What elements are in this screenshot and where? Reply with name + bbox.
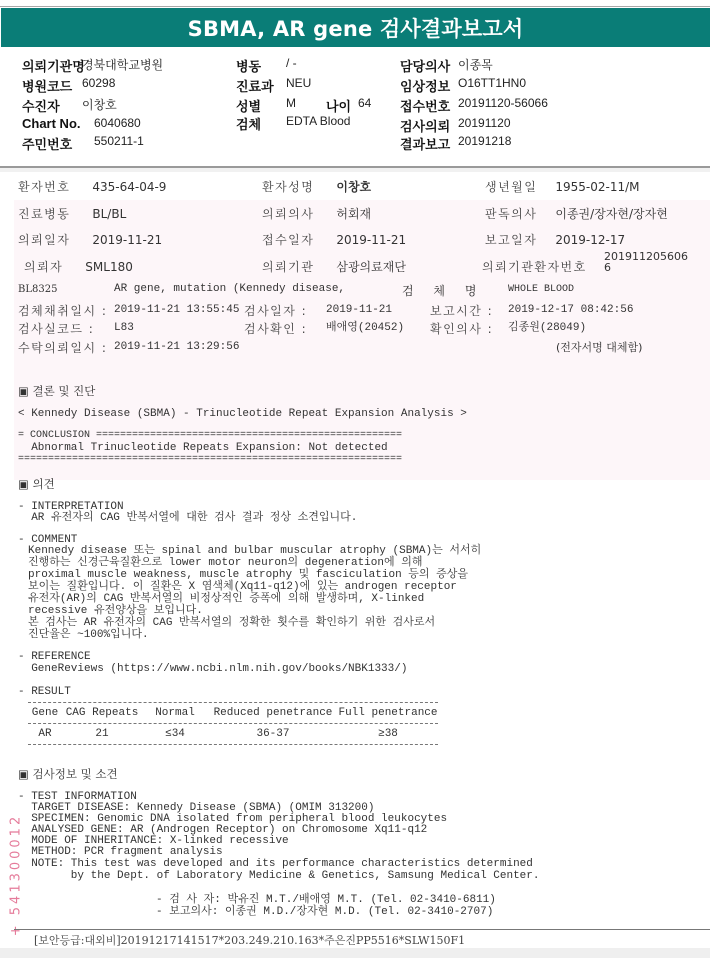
test-date-label: 검사일자 : <box>244 302 307 319</box>
patient-name: 환자성명이창호 <box>262 178 371 195</box>
report-date: 보고일자2019-12-17 <box>485 231 625 248</box>
institution-patient-no-value: 2019112056066 <box>604 251 688 273</box>
reference-text: GeneReviews (https://www.ncbi.nlm.nih.go… <box>18 663 407 675</box>
report-time-label: 보고시간 : <box>430 302 493 319</box>
bottom-gray-band <box>0 948 710 958</box>
confirm-value: 배애영(20452) <box>326 322 404 334</box>
title-bar: SBMA, AR gene 검사결과보고서 <box>1 8 710 47</box>
test-name: AR gene, mutation (Kennedy disease, <box>114 283 345 295</box>
comment-line-8: 진단율은 ~100%입니다. <box>28 629 149 641</box>
header-field-institution: 의뢰기관명 경북대학교병원 <box>22 56 163 75</box>
comment-line-4: 보이는 질환입니다. 이 질환은 X 염색체(Xq11-q12)에 있는 and… <box>28 581 457 593</box>
header-info: 의뢰기관명 경북대학교병원 병원코드 60298 수진자 이창호 Chart N… <box>0 52 710 152</box>
interpretation-text: AR 유전자의 CAG 반복서열에 대한 검사 결과 정상 소견입니다. <box>18 512 357 524</box>
tester-line: - 검 사 자: 박유진 M.T./배애영 M.T. (Tel. 02-3410… <box>156 894 496 906</box>
receipt-date: 접수일자2019-11-21 <box>262 231 406 248</box>
result-table-header: Gene CAG Repeats Normal Reduced penetran… <box>28 703 438 723</box>
header-field-report-date: 결과보고 20191218 <box>400 134 511 153</box>
room-code-value: L83 <box>114 322 134 334</box>
side-document-number: + 541300012 <box>9 815 23 935</box>
conclusion-footer-line: ========================================… <box>18 455 402 465</box>
header-field-request-date: 검사의뢰 20191120 <box>400 116 511 135</box>
e-signature-note: (전자서명 대체함) <box>556 339 642 355</box>
request-time-label: 수탁의뢰일시 : <box>18 339 107 356</box>
comment-line-3: proximal muscle weakness, muscle atrophy… <box>28 569 468 581</box>
security-footer: [보안등급:대외비]20191217141517*203.249.210.163… <box>34 932 465 948</box>
specimen-value: WHOLE BLOOD <box>508 284 574 296</box>
result-title: - RESULT <box>18 686 71 698</box>
conclusion-text: Abnormal Trinucleotide Repeats Expansion… <box>18 442 388 454</box>
test-info-line-6: NOTE: This test was developed and its pe… <box>18 858 533 870</box>
collect-value: 2019-11-21 13:55:45 <box>114 304 239 316</box>
room-code-label: 검사실코드 : <box>18 320 94 337</box>
header-field-clinical-info: 임상정보 O16TT1HN0 <box>400 76 526 95</box>
analysis-title: < Kennedy Disease (SBMA) - Trinucleotide… <box>18 408 467 420</box>
report-time-value: 2019-12-17 08:42:56 <box>508 304 633 316</box>
test-date-value: 2019-11-21 <box>326 304 392 316</box>
referral-date: 의뢰일자2019-11-21 <box>18 231 162 248</box>
header-field-patient: 수진자 이창호 <box>22 96 117 115</box>
header-field-receipt-no: 접수번호 20191120-56066 <box>400 96 548 115</box>
confirm-doctor-label: 확인의사 : <box>430 320 493 337</box>
bottom-rule <box>14 929 710 930</box>
ward: 진료병동BL/BL <box>18 205 126 222</box>
section-conclusion-title: ▣ 결론 및 진단 <box>18 383 95 399</box>
header-field-department: 진료과 NEU <box>236 76 311 95</box>
header-field-ward: 병동 / - <box>236 56 297 75</box>
confirm-doctor-value: 김종원(28049) <box>508 322 586 334</box>
table-row: AR 21 ≤34 36-37 ≥38 <box>28 724 438 744</box>
birth-date: 생년월일1955-02-11/M <box>485 178 640 195</box>
collect-label: 검체채취일시 : <box>18 302 107 319</box>
header-field-resident-no: 주민번호 550211-1 <box>22 134 144 153</box>
result-table: Gene CAG Repeats Normal Reduced penetran… <box>28 702 438 745</box>
reference-title: - REFERENCE <box>18 651 91 663</box>
header-field-hospital-code: 병원코드 60298 <box>22 76 115 95</box>
comment-line-6: recessive 유전양상을 보입니다. <box>28 605 203 617</box>
test-code: BL8325 <box>18 284 57 296</box>
gray-band <box>0 168 710 172</box>
comment-line-5: 유전자(AR)의 CAG 반복서열의 비정상적인 증폭에 의해 발생하며, X-… <box>28 593 424 605</box>
reading-doctors: 판독의사이종권/장자현/장자현 <box>485 205 668 222</box>
reporter-line: - 보고의사: 이종권 M.D./장자현 M.D. (Tel. 02-3410-… <box>156 906 493 918</box>
comment-line-1: Kennedy disease 또는 spinal and bulbar mus… <box>28 545 481 557</box>
header-field-age: 나이 64 <box>326 96 371 115</box>
section-opinion-title: ▣ 의견 <box>18 476 55 492</box>
patient-number: 환자번호435-64-04-9 <box>18 178 166 195</box>
test-info-line-5: METHOD: PCR fragment analysis <box>18 846 223 858</box>
comment-line-7: 본 검사는 AR 유전자의 CAG 반복서열의 정확한 횟수를 확인하기 위한 … <box>28 617 435 629</box>
referring-doctor: 의뢰의사허회재 <box>262 205 371 222</box>
referrer: 의뢰자SML180 <box>24 258 133 275</box>
top-rule <box>0 0 710 7</box>
report-title: SBMA, AR gene 검사결과보고서 <box>188 13 524 43</box>
header-field-attending: 담당의사 이종목 <box>400 56 493 75</box>
specimen-label: 검 체 명 <box>402 282 484 299</box>
institution-patient-no-label: 의뢰기관환자번호 <box>482 258 587 275</box>
conclusion-header-line: = CONCLUSION ===========================… <box>18 431 402 441</box>
header-field-specimen: 검체 EDTA Blood <box>236 114 350 133</box>
test-info-line-7: by the Dept. of Laboratory Medicine & Ge… <box>18 870 540 882</box>
referring-institution: 의뢰기관삼광의료재단 <box>262 258 406 275</box>
section-test-info-title: ▣ 검사정보 및 소견 <box>18 766 118 782</box>
request-time-value: 2019-11-21 13:29:56 <box>114 341 239 353</box>
header-field-sex: 성별 M <box>236 96 296 115</box>
confirm-label: 검사확인 : <box>244 320 307 337</box>
comment-line-2: 진행하는 신경근육질환으로 lower motor neuron의 degene… <box>28 557 422 569</box>
header-field-chart-no: Chart No. 6040680 <box>22 116 141 131</box>
